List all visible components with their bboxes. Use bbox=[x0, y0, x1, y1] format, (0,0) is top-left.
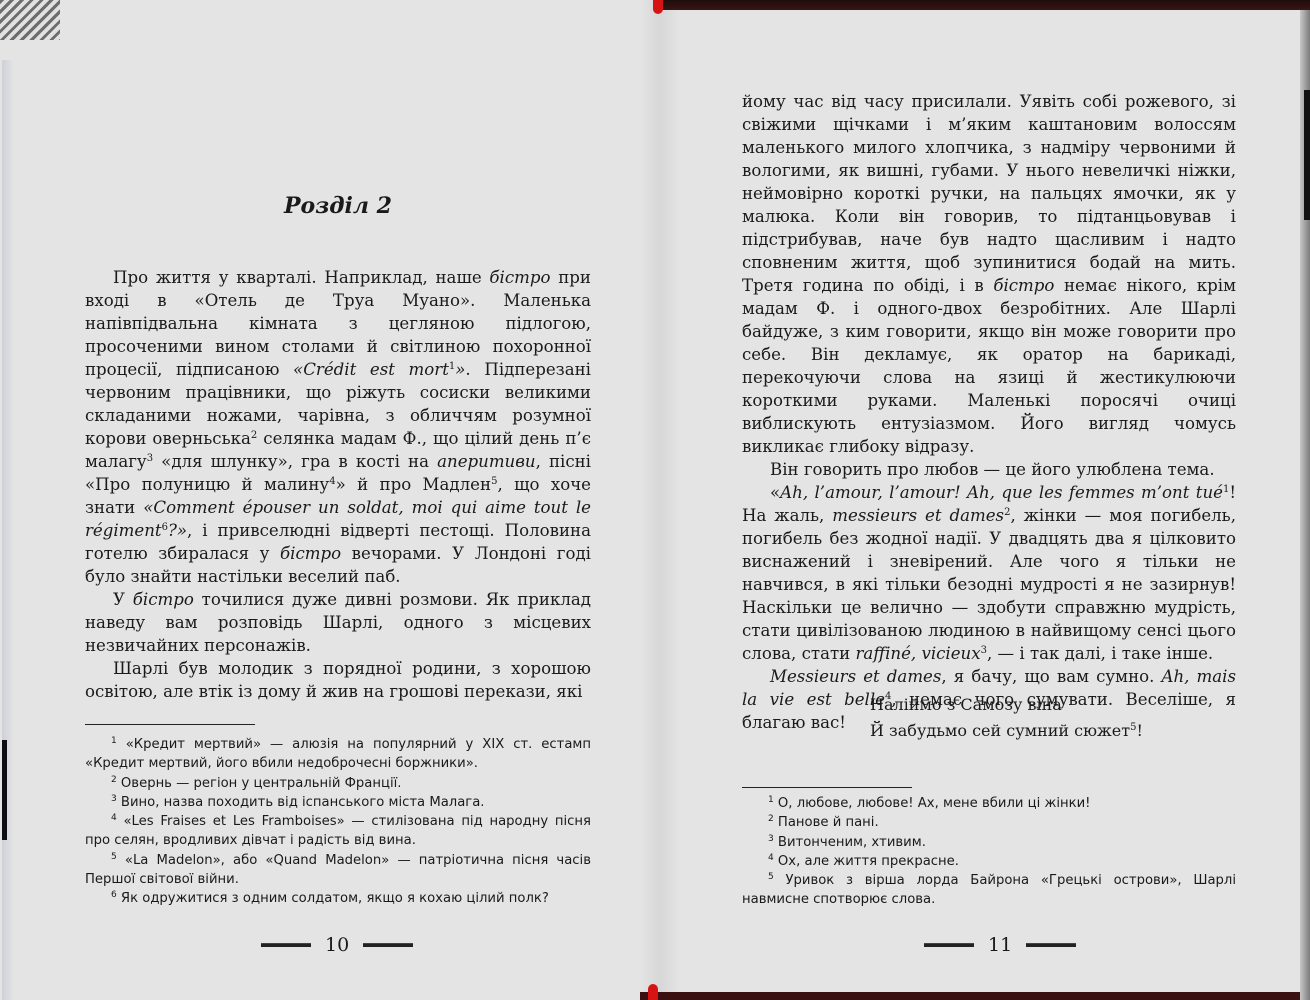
footnote-text: Витонченим, хтивим. bbox=[774, 835, 926, 850]
footnote-text: Ох, але життя прекрасне. bbox=[774, 854, 959, 869]
text-run: Messieurs et dames bbox=[770, 667, 941, 686]
folio-dash bbox=[1026, 943, 1076, 947]
paragraph: У бістро точилися дуже дивні розмови. Як… bbox=[85, 588, 591, 657]
footnote-text: Панове й пані. bbox=[774, 815, 879, 830]
footnote: 4 «Les Fraises et Les Framboises» — стил… bbox=[85, 812, 591, 851]
page-number: 10 bbox=[325, 934, 349, 956]
text-run: messieurs et dames bbox=[832, 506, 1004, 525]
book-spread: Розділ 2 Про життя у кварталі. Наприклад… bbox=[0, 0, 1310, 1000]
text-run: бістро bbox=[993, 276, 1054, 295]
footnote: 2 Овернь — регіон у центральній Франції. bbox=[85, 774, 591, 793]
footnote-rule bbox=[742, 787, 912, 788]
left-page: Розділ 2 Про життя у кварталі. Наприклад… bbox=[85, 0, 591, 1000]
text-run: йому час від часу присилали. Уявіть собі… bbox=[742, 92, 1236, 295]
text-run: У bbox=[113, 590, 133, 609]
folio-dash bbox=[261, 943, 311, 947]
page-number-right: 11 bbox=[924, 934, 1076, 956]
footnote: 1 «Кредит мертвий» — алюзія на популярни… bbox=[85, 735, 591, 774]
verse-line-2: Й забудьмо сей сумний сюжет5! bbox=[870, 718, 1143, 744]
bookmark-ribbon-bottom-icon bbox=[648, 984, 658, 1000]
text-run: «для шлунку», гра в кості на bbox=[153, 452, 437, 471]
text-run: немає нікого, крім мадам Ф. і одного-дво… bbox=[742, 276, 1236, 456]
paragraph: йому час від часу присилали. Уявіть собі… bbox=[742, 90, 1236, 458]
paragraph: Про життя у кварталі. Наприклад, наше бі… bbox=[85, 266, 591, 588]
text-run: аперитиви bbox=[437, 452, 535, 471]
text-run: « bbox=[770, 483, 780, 502]
folio-dash bbox=[363, 943, 413, 947]
footnote-text: Вино, назва походить від іспанського міс… bbox=[117, 795, 485, 810]
footnote: 3 Витонченим, хтивим. bbox=[742, 833, 1236, 852]
footnote: 3 Вино, назва походить від іспанського м… bbox=[85, 793, 591, 812]
right-edge-shadow bbox=[1304, 90, 1310, 220]
right-footnotes: 1 О, любове, любове! Ах, мене вбили ці ж… bbox=[742, 794, 1236, 910]
text-run: , — і так далі, і таке інше. bbox=[987, 644, 1213, 663]
page-edge-decoration bbox=[0, 0, 60, 40]
text-run: » bbox=[455, 360, 465, 379]
text-run: Він говорить про любов — це його улюблен… bbox=[770, 460, 1215, 479]
left-footnotes: 1 «Кредит мертвий» — алюзія на популярни… bbox=[85, 735, 591, 909]
footnote-text: О, любове, любове! Ах, мене вбили ці жін… bbox=[774, 796, 1091, 811]
left-edge-shadow bbox=[2, 740, 7, 840]
footnote: 4 Ох, але життя прекрасне. bbox=[742, 852, 1236, 871]
footnote-rule bbox=[85, 724, 255, 725]
footnote-text: «Кредит мертвий» — алюзія на популярний … bbox=[85, 737, 591, 771]
bookmark-ribbon-icon bbox=[653, 0, 663, 14]
footnote: 2 Панове й пані. bbox=[742, 813, 1236, 832]
text-run: Про життя у кварталі. Наприклад, наше bbox=[113, 268, 489, 287]
text-run: raffiné, vicieux bbox=[856, 644, 981, 663]
right-page: йому час від часу присилали. Уявіть собі… bbox=[742, 0, 1236, 1000]
verse-quote: Наліймо з Самозу віна Й забудьмо сей сум… bbox=[870, 692, 1143, 744]
footnote-text: Як одружитися з одним солдатом, якщо я к… bbox=[117, 891, 549, 906]
text-run: , я бачу, що вам сумно. bbox=[941, 667, 1161, 686]
paragraph: Шарлі був молодик з порядної родини, з х… bbox=[85, 657, 591, 703]
footnote: 6 Як одружитися з одним солдатом, якщо я… bbox=[85, 889, 591, 908]
text-run: Ah, l’amour, l’amour! Ah, que les femmes… bbox=[780, 483, 1223, 502]
footnote: 1 О, любове, любове! Ах, мене вбили ці ж… bbox=[742, 794, 1236, 813]
text-run: бістро bbox=[489, 268, 550, 287]
page-number-left: 10 bbox=[261, 934, 413, 956]
text-run: Шарлі був молодик з порядної родини, з х… bbox=[85, 659, 591, 701]
text-run: бістро bbox=[133, 590, 194, 609]
text-run: бістро bbox=[280, 544, 341, 563]
text-run: ?» bbox=[168, 521, 187, 540]
footnote-text: Уривок з вірша лорда Байрона «Грецькі ос… bbox=[742, 873, 1236, 907]
text-run: » й про Мадлен bbox=[336, 475, 492, 494]
chapter-title: Розділ 2 bbox=[85, 193, 591, 219]
paragraph: Він говорить про любов — це його улюблен… bbox=[742, 458, 1236, 481]
footnote-text: «La Madelon», або «Quand Madelon» — патр… bbox=[85, 853, 591, 887]
text-run: , жінки — моя погибель, погибель без жод… bbox=[742, 506, 1236, 663]
left-page-edges bbox=[2, 60, 14, 1000]
text-run: «Crédit est mort bbox=[293, 360, 449, 379]
left-body-text: Про життя у кварталі. Наприклад, наше бі… bbox=[85, 266, 591, 703]
footnote-text: Овернь — регіон у центральній Франції. bbox=[117, 776, 402, 791]
page-number: 11 bbox=[988, 934, 1012, 956]
verse-line-1: Наліймо з Самозу віна bbox=[870, 692, 1143, 718]
folio-dash bbox=[924, 943, 974, 947]
book-gutter bbox=[640, 0, 680, 1000]
footnote: 5 Уривок з вірша лорда Байрона «Грецькі … bbox=[742, 871, 1236, 910]
footnote: 5 «La Madelon», або «Quand Madelon» — па… bbox=[85, 851, 591, 890]
paragraph: «Ah, l’amour, l’amour! Ah, que les femme… bbox=[742, 481, 1236, 665]
right-body-text: йому час від часу присилали. Уявіть собі… bbox=[742, 90, 1236, 734]
footnote-text: «Les Fraises et Les Framboises» — стиліз… bbox=[85, 814, 591, 848]
